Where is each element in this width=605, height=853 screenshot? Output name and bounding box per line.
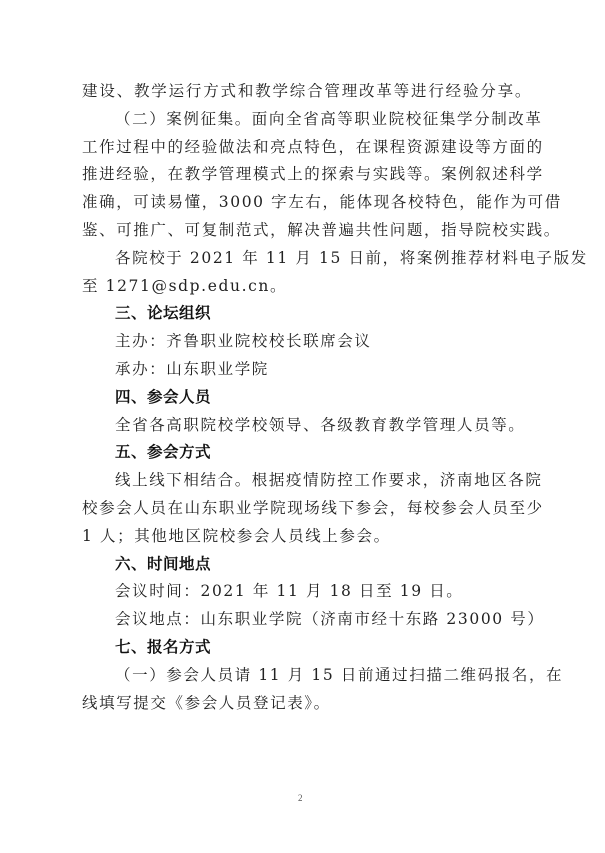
paragraph-line: 工作过程中的经验做法和亮点特色，在课程资源建设等方面的 [82,134,532,162]
email-line: 至 1271@sdp.edu.cn。 [82,273,532,301]
meeting-time-line: 会议时间：2021 年 11 月 18 日至 19 日。 [82,578,532,606]
meeting-location-line: 会议地点：山东职业学院（济南市经十东路 23000 号） [82,606,532,634]
paragraph-line: 线上线下相结合。根据疫情防控工作要求，济南地区各院 [82,467,532,495]
section-heading-time-location: 六、时间地点 [82,551,532,579]
section-heading-forum-organization: 三、论坛组织 [82,300,532,328]
paragraph-line: （二）案例征集。面向全省高等职业院校征集学分制改革 [82,106,532,134]
organizer-line: 主办：齐鲁职业院校校长联席会议 [82,328,532,356]
document-body: 建设、教学运行方式和教学综合管理改革等进行经验分享。 （二）案例征集。面向全省高… [82,78,532,717]
paragraph-line: （一）参会人员请 11 月 15 日前通过扫描二维码报名，在 [82,662,532,690]
paragraph-line: 校参会人员在山东职业学院现场线下参会，每校参会人员至少 [82,495,532,523]
paragraph-line: 鉴、可推广、可复制范式，解决普遍共性问题，指导院校实践。 [82,217,532,245]
paragraph-line: 各院校于 2021 年 11 月 15 日前，将案例推荐材料电子版发 [82,245,532,273]
paragraph-line: 准确，可读易懂，3000 字左右，能体现各校特色，能作为可借 [82,189,532,217]
page-number: 2 [298,793,303,803]
paragraph-line: 线填写提交《参会人员登记表》。 [82,690,532,718]
document-page: 建设、教学运行方式和教学综合管理改革等进行经验分享。 （二）案例征集。面向全省高… [0,0,605,853]
paragraph-line: 推进经验，在教学管理模式上的探索与实践等。案例叙述科学 [82,161,532,189]
paragraph-line: 建设、教学运行方式和教学综合管理改革等进行经验分享。 [82,78,532,106]
section-heading-attendance-mode: 五、参会方式 [82,439,532,467]
section-heading-participants: 四、参会人员 [82,384,532,412]
participants-line: 全省各高职院校学校领导、各级教育教学管理人员等。 [82,412,532,440]
section-heading-registration: 七、报名方式 [82,634,532,662]
co-organizer-line: 承办：山东职业学院 [82,356,532,384]
paragraph-line: 1 人；其他地区院校参会人员线上参会。 [82,523,532,551]
